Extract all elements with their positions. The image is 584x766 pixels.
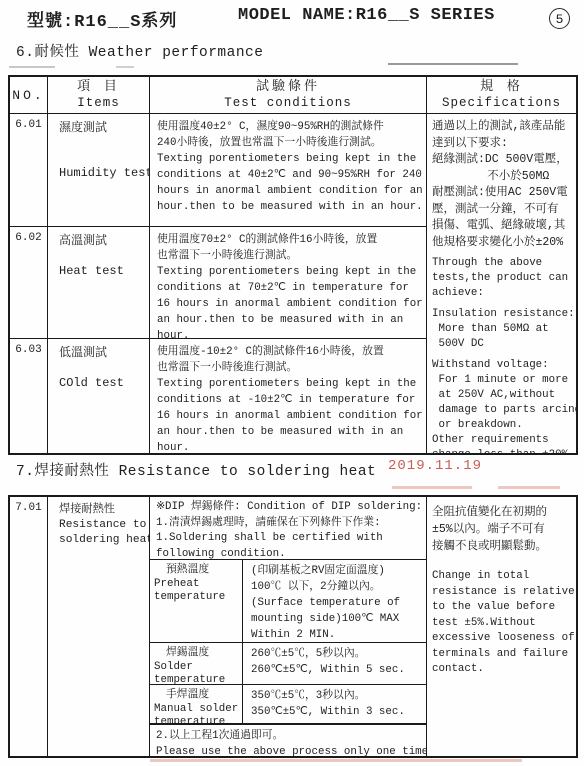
model-number-zh: 型號:R16__S系列 <box>27 6 177 32</box>
revision-date-stamp: 2019.11.19 <box>388 458 482 474</box>
section7-title: 7.焊接耐熱性 Resistance to soldering heat <box>16 459 376 480</box>
spec-en-other: Other requirements change less than ±20%… <box>432 433 576 453</box>
row-item: 焊接耐熱性 Resistance to soldering heat <box>48 497 150 756</box>
step-label-solder: 焊錫溫度 Solder temperature <box>150 643 243 685</box>
row-no: 6.02 <box>10 227 48 339</box>
scan-artifact-line <box>9 66 55 68</box>
soldering-intro-text: ※DIP 焊錫條件: Condition of DIP soldering: 1… <box>150 497 426 559</box>
column-header-specifications: 規 格 Specifications <box>427 77 576 114</box>
specifications-cell: 全阻抗值變化在初期的 ±5%以內。端子不可有 接觸不良或明顯鬆動。 Change… <box>427 497 576 756</box>
spec-zh: 通過以上的測試,該產品能 達到以下要求: 絕緣測試:DC 500V電壓， 不小於… <box>432 119 576 251</box>
row-conditions: 使用溫度40±2° C，濕度90~95%RH的測試條件 240小時後，放置也常溫… <box>150 114 427 227</box>
spec7-zh: 全阻抗值變化在初期的 ±5%以內。端子不可有 接觸不良或明顯鬆動。 <box>432 504 576 555</box>
row-no: 6.03 <box>10 339 48 453</box>
weather-performance-table: NO. 項 目 Items 試驗條件 Test conditions 規 格 S… <box>8 75 578 455</box>
step-value-preheat: (印刷基板之RV固定面溫度) 100℃ 以下，2分鐘以內。 (Surface t… <box>243 560 426 643</box>
step-label-manual-solder: 手焊溫度 Manual solder temperature <box>150 685 243 724</box>
spec-en-insulation: Insulation resistance: More than 50MΩ at… <box>432 307 576 352</box>
row-item: 高溫測試 Heat test <box>48 227 150 339</box>
column-header-items: 項 目 Items <box>48 77 150 114</box>
scan-artifact-pink <box>392 486 472 489</box>
scan-artifact-pink <box>150 759 522 762</box>
datasheet-page: 型號:R16__S系列 MODEL NAME:R16__S SERIES 5 6… <box>0 0 584 766</box>
header-no-label: NO. <box>12 87 44 104</box>
step-value-manual-solder: 350℃±5℃，3秒以內。 350℃±5℃, Within 3 sec. <box>243 685 426 724</box>
row-item: 低溫測試 COld test <box>48 339 150 453</box>
scan-artifact-line <box>116 66 134 68</box>
column-header-conditions: 試驗條件 Test conditions <box>150 77 427 114</box>
header-cond-zh: 試驗條件 <box>256 78 320 95</box>
column-header-no: NO. <box>10 77 48 114</box>
header-items-en: Items <box>77 95 120 112</box>
section6-title: 6.耐候性 Weather performance <box>16 40 263 61</box>
row-item: 濕度測試 Humidity test <box>48 114 150 227</box>
header-items-zh: 項 目 <box>77 78 120 95</box>
spec-en-intro: Through the above tests,the product can … <box>432 256 576 301</box>
scan-artifact-line <box>388 63 518 65</box>
header-spec-zh: 規 格 <box>480 78 523 95</box>
model-name-en: MODEL NAME:R16__S SERIES <box>238 6 495 25</box>
soldering-heat-table: 7.01 焊接耐熱性 Resistance to soldering heat … <box>8 495 578 758</box>
row-conditions: 使用溫度-10±2° C的測試條件16小時後，放置 也常溫下一小時後進行測試。 … <box>150 339 427 453</box>
page-number-badge: 5 <box>549 8 570 29</box>
row-no: 6.01 <box>10 114 48 227</box>
soldering-outro-text: 2.以上工程1次通過即可。 Please use the above proce… <box>150 725 426 756</box>
step-value-solder: 260℃±5℃，5秒以內。 260℃±5℃, Within 5 sec. <box>243 643 426 685</box>
specifications-cell: 通過以上的測試,該產品能 達到以下要求: 絕緣測試:DC 500V電壓， 不小於… <box>427 114 576 453</box>
scan-artifact-pink <box>498 486 560 489</box>
header-cond-en: Test conditions <box>224 95 352 112</box>
soldering-conditions-cell: ※DIP 焊錫條件: Condition of DIP soldering: 1… <box>150 497 427 756</box>
soldering-steps-table: 預熱溫度 Preheat temperature (印刷基板之RV固定面溫度) … <box>150 559 426 725</box>
header-spec-en: Specifications <box>442 95 561 112</box>
row-no: 7.01 <box>10 497 48 756</box>
step-label-preheat: 預熱溫度 Preheat temperature <box>150 560 243 643</box>
spec-en-withstand: Withstand voltage: For 1 minute or more … <box>432 358 576 433</box>
row-conditions: 使用溫度70±2° C的測試條件16小時後，放置 也常溫下一小時後進行測試。 T… <box>150 227 427 339</box>
spec7-en: Change in total resistance is relative t… <box>432 569 576 678</box>
